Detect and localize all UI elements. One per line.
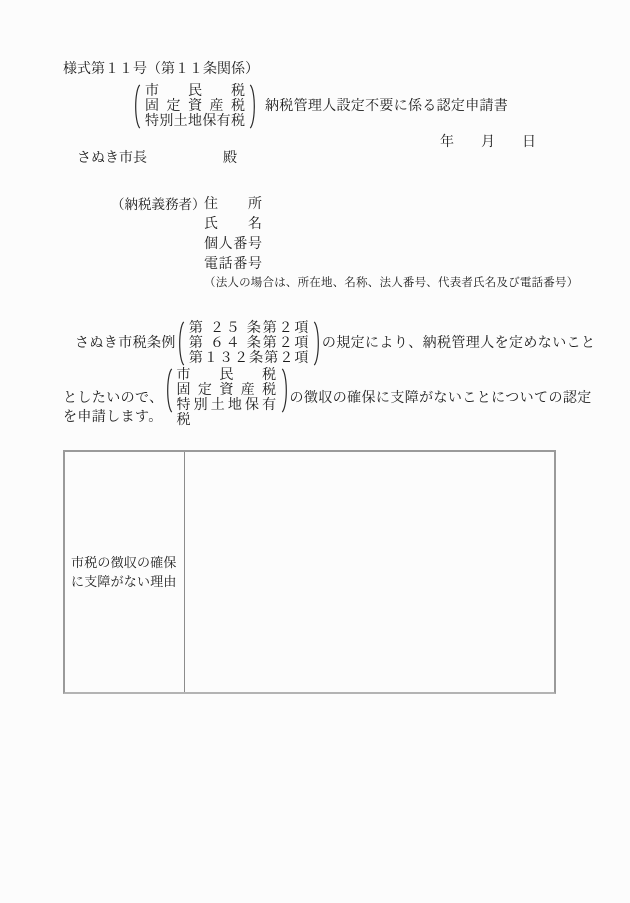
reason-label-cell: 市税の徴収の確保に支障がない理由 [65, 452, 185, 692]
body-line-1: さぬき市税条例 第 ２５ 条第２項 第 ６４ 条第２項 第１３２条第２項 の規定… [75, 321, 595, 366]
taxpayer-fields: 住所 氏名 個人番号 電話番号 （法人の場合は、所在地、名称、法人番号、代表者氏… [204, 195, 578, 291]
date-line: 年 月 日 [440, 135, 536, 150]
right-paren-icon [281, 368, 290, 413]
tax-type-item: 市民税 [145, 84, 245, 99]
after-articles-text: の規定により、納税管理人を定めないこと [322, 336, 596, 351]
reason-value-cell [185, 452, 554, 692]
tax-type-item: 固定資産税 [177, 383, 277, 398]
tax-type-list: 市民税 固定資産税 特別土地保有税 [177, 368, 277, 428]
addressee-line: さぬき市長 殿 [77, 151, 237, 166]
document-title: 納税管理人設定不要に係る認定申請書 [265, 99, 508, 114]
left-paren-icon [132, 84, 141, 129]
taxpayer-field-phone-number: 電話番号 [204, 255, 262, 275]
application-form-page: 様式第１１号（第１１条関係） 市民税 固定資産税 特別土地保有税 納税管理人設定… [0, 0, 630, 903]
taxpayer-field-name: 氏名 [204, 215, 262, 235]
tax-type-item: 特別土地保有税 [177, 398, 277, 428]
tax-type-item: 特別土地保有税 [145, 114, 245, 129]
tax-type-list: 市民税 固定資産税 特別土地保有税 [145, 84, 245, 129]
taxpayer-block: （納税義務者） 住所 氏名 個人番号 電話番号 （法人の場合は、所在地、名称、法… [111, 195, 578, 291]
date-day-label: 日 [522, 135, 536, 150]
taxpayer-label: （納税義務者） [111, 195, 203, 215]
right-paren-icon [313, 321, 322, 366]
date-year-label: 年 [440, 135, 454, 150]
after-taxes-text: の徴収の確保に支障がないことについての認定 [290, 391, 592, 406]
title-row: 市民税 固定資産税 特別土地保有税 納税管理人設定不要に係る認定申請書 [132, 84, 508, 129]
article-list: 第 ２５ 条第２項 第 ６４ 条第２項 第１３２条第２項 [189, 321, 309, 366]
right-paren-icon [249, 84, 258, 129]
line2-prefix: としたいので、 [63, 391, 164, 406]
body-line-3: を申請します。 [63, 410, 163, 425]
tax-type-item: 市民税 [177, 368, 277, 383]
left-paren-icon [164, 368, 173, 413]
form-number: 様式第１１号（第１１条関係） [63, 62, 259, 77]
taxpayer-field-address: 住所 [204, 195, 262, 215]
corporate-note: （法人の場合は、所在地、名称、法人番号、代表者氏名及び電話番号） [204, 277, 578, 289]
article-item: 第 ２５ 条第２項 [189, 321, 309, 336]
taxpayer-field-personal-number: 個人番号 [204, 235, 262, 255]
left-paren-icon [176, 321, 185, 366]
date-month-label: 月 [481, 135, 495, 150]
article-item: 第 ６４ 条第２項 [189, 336, 309, 351]
reason-label: 市税の徴収の確保に支障がない理由 [71, 553, 178, 591]
article-item: 第１３２条第２項 [189, 351, 309, 366]
tax-type-bracket-2: 市民税 固定資産税 特別土地保有税 [164, 368, 290, 428]
article-bracket: 第 ２５ 条第２項 第 ６４ 条第２項 第１３２条第２項 [176, 321, 322, 366]
tax-type-bracket: 市民税 固定資産税 特別土地保有税 [132, 84, 258, 129]
reason-table: 市税の徴収の確保に支障がない理由 [63, 450, 556, 694]
ordinance-prefix: さぬき市税条例 [75, 336, 176, 351]
tax-type-item: 固定資産税 [145, 99, 245, 114]
addressee-honorific: 殿 [223, 151, 237, 166]
addressee-name: さぬき市長 [77, 151, 147, 166]
